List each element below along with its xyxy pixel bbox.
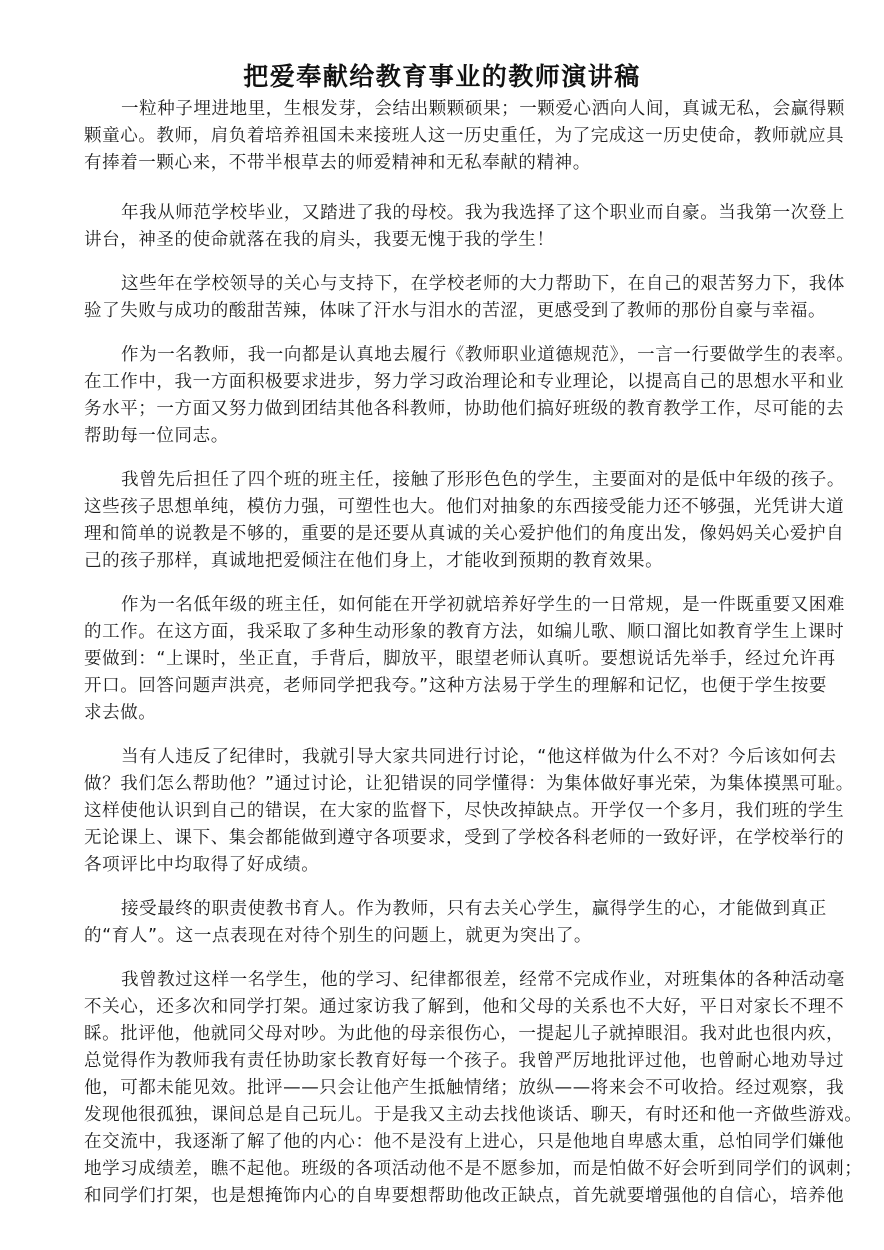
paragraph-line: 一粒种子埋进地里，生根发芽，会结出颗颗硕果；一颗爱心洒向人间，真诚无私，会赢得颗: [84, 96, 844, 123]
paragraph-line: 睬。批评他，他就同父母对吵。为此他的母亲很伤心，一提起儿子就掉眼泪。我对此也很内…: [84, 1021, 844, 1048]
paragraph-line: 作为一名低年级的班主任，如何能在开学初就培养好学生的一日常规，是一件既重要又困难: [84, 592, 844, 619]
paragraph-line: 各项评比中均取得了好成绩。: [84, 852, 844, 879]
paragraph-line: 有捧着一颗心来，不带半根草去的师爱精神和无私奉献的精神。: [84, 150, 844, 177]
paragraph-line: 在交流中，我逐渐了解了他的内心：他不是没有上进心，只是他地自卑感太重，总怕同学们…: [84, 1129, 844, 1156]
paragraph-line: 帮助每一位同志。: [84, 423, 844, 450]
paragraph: 当有人违反了纪律时，我就引导大家共同进行讨论，“他这样做为什么不对？今后该如何去…: [84, 744, 844, 879]
paragraph-line: 开口。回答问题声洪亮，老师同学把我夸。”这种方法易于学生的理解和记忆，也便于学生…: [84, 673, 844, 700]
paragraph-line: 讲台，神圣的使命就落在我的肩头，我要无愧于我的学生！: [84, 227, 844, 254]
paragraph-line: 无论课上、课下、集会都能做到遵守各项要求，受到了学校各科老师的一致好评，在学校举…: [84, 825, 844, 852]
paragraph: 作为一名低年级的班主任，如何能在开学初就培养好学生的一日常规，是一件既重要又困难…: [84, 592, 844, 727]
paragraph-line: 要做到：“上课时，坐正直，手背后，脚放平，眼望老师认真听。要想说话先举手，经过允…: [84, 646, 844, 673]
paragraph-line: 这些孩子思想单纯，模仿力强，可塑性也大。他们对抽象的东西接受能力还不够强，光凭讲…: [84, 494, 844, 521]
paragraph-line: 我曾先后担任了四个班的班主任，接触了形形色色的学生，主要面对的是低中年级的孩子。: [84, 467, 844, 494]
paragraph-line: 己的孩子那样，真诚地把爱倾注在他们身上，才能收到预期的教育效果。: [84, 548, 844, 575]
paragraph-line: 的“育人”。这一点表现在对待个别生的问题上，就更为突出了。: [84, 923, 844, 950]
document-title: 把爱奉献给教育事业的教师演讲稿: [0, 60, 884, 94]
paragraph-line: 作为一名教师，我一向都是认真地去履行《教师职业道德规范》，一言一行要做学生的表率…: [84, 342, 844, 369]
paragraph-line: 和同学们打架，也是想掩饰内心的自卑要想帮助他改正缺点，首先就要增强他的自信心，培…: [84, 1183, 844, 1210]
paragraph-line: 这样使他认识到自己的错误，在大家的监督下，尽快改掉缺点。开学仅一个多月，我们班的…: [84, 798, 844, 825]
paragraph: 作为一名教师，我一向都是认真地去履行《教师职业道德规范》，一言一行要做学生的表率…: [84, 342, 844, 450]
document-page: 把爱奉献给教育事业的教师演讲稿 一粒种子埋进地里，生根发芽，会结出颗颗硕果；一颗…: [0, 0, 884, 1250]
paragraph-line: 我曾教过这样一名学生，他的学习、纪律都很差，经常不完成作业，对班集体的各种活动毫: [84, 967, 844, 994]
paragraph-line: 他，可都未能见效。批评——只会让他产生抵触情绪；放纵——将来会不可收拾。经过观察…: [84, 1075, 844, 1102]
paragraph-line: 地学习成绩差，瞧不起他。班级的各项活动他不是不愿参加，而是怕做不好会听到同学们的…: [84, 1156, 844, 1183]
paragraph-line: 发现他很孤独，课间总是自己玩儿。于是我又主动去找他谈话、聊天，有时还和他一齐做些…: [84, 1102, 844, 1129]
paragraph: 一粒种子埋进地里，生根发芽，会结出颗颗硕果；一颗爱心洒向人间，真诚无私，会赢得颗…: [84, 96, 844, 177]
document-body: 一粒种子埋进地里，生根发芽，会结出颗颗硕果；一颗爱心洒向人间，真诚无私，会赢得颗…: [84, 96, 844, 1227]
paragraph-line: 的工作。在这方面，我采取了多种生动形象的教育方法，如编儿歌、顺口溜比如教育学生上…: [84, 619, 844, 646]
paragraph: 我曾教过这样一名学生，他的学习、纪律都很差，经常不完成作业，对班集体的各种活动毫…: [84, 967, 844, 1210]
paragraph-line: 当有人违反了纪律时，我就引导大家共同进行讨论，“他这样做为什么不对？今后该如何去: [84, 744, 844, 771]
paragraph-line: 做？我们怎么帮助他？”通过讨论，让犯错误的同学懂得：为集体做好事光荣，为集体摸黑…: [84, 771, 844, 798]
paragraph: 这些年在学校领导的关心与支持下，在学校老师的大力帮助下，在自己的艰苦努力下，我体…: [84, 271, 844, 325]
paragraph-line: 不关心，还多次和同学打架。通过家访我了解到，他和父母的关系也不大好，平日对家长不…: [84, 994, 844, 1021]
paragraph-line: 年我从师范学校毕业，又踏进了我的母校。我为我选择了这个职业而自豪。当我第一次登上: [84, 200, 844, 227]
paragraph: 我曾先后担任了四个班的班主任，接触了形形色色的学生，主要面对的是低中年级的孩子。…: [84, 467, 844, 575]
paragraph-line: 务水平；一方面又努力做到团结其他各科教师，协助他们搞好班级的教育教学工作，尽可能…: [84, 396, 844, 423]
paragraph-line: 总觉得作为教师我有责任协助家长教育好每一个孩子。我曾严厉地批评过他，也曾耐心地劝…: [84, 1048, 844, 1075]
paragraph-line: 颗童心。教师，肩负着培养祖国未来接班人这一历史重任，为了完成这一历史使命，教师就…: [84, 123, 844, 150]
paragraph: 年我从师范学校毕业，又踏进了我的母校。我为我选择了这个职业而自豪。当我第一次登上…: [84, 200, 844, 254]
paragraph-line: 这些年在学校领导的关心与支持下，在学校老师的大力帮助下，在自己的艰苦努力下，我体: [84, 271, 844, 298]
paragraph-line: 验了失败与成功的酸甜苦辣，体味了汗水与泪水的苦涩，更感受到了教师的那份自豪与幸福…: [84, 298, 844, 325]
paragraph-line: 理和简单的说教是不够的，重要的是还要从真诚的关心爱护他们的角度出发，像妈妈关心爱…: [84, 521, 844, 548]
paragraph-line: 求去做。: [84, 700, 844, 727]
paragraph: 接受最终的职责使教书育人。作为教师，只有去关心学生，赢得学生的心，才能做到真正的…: [84, 896, 844, 950]
paragraph-line: 接受最终的职责使教书育人。作为教师，只有去关心学生，赢得学生的心，才能做到真正: [84, 896, 844, 923]
paragraph-line: 在工作中，我一方面积极要求进步，努力学习政治理论和专业理论，以提高自己的思想水平…: [84, 369, 844, 396]
